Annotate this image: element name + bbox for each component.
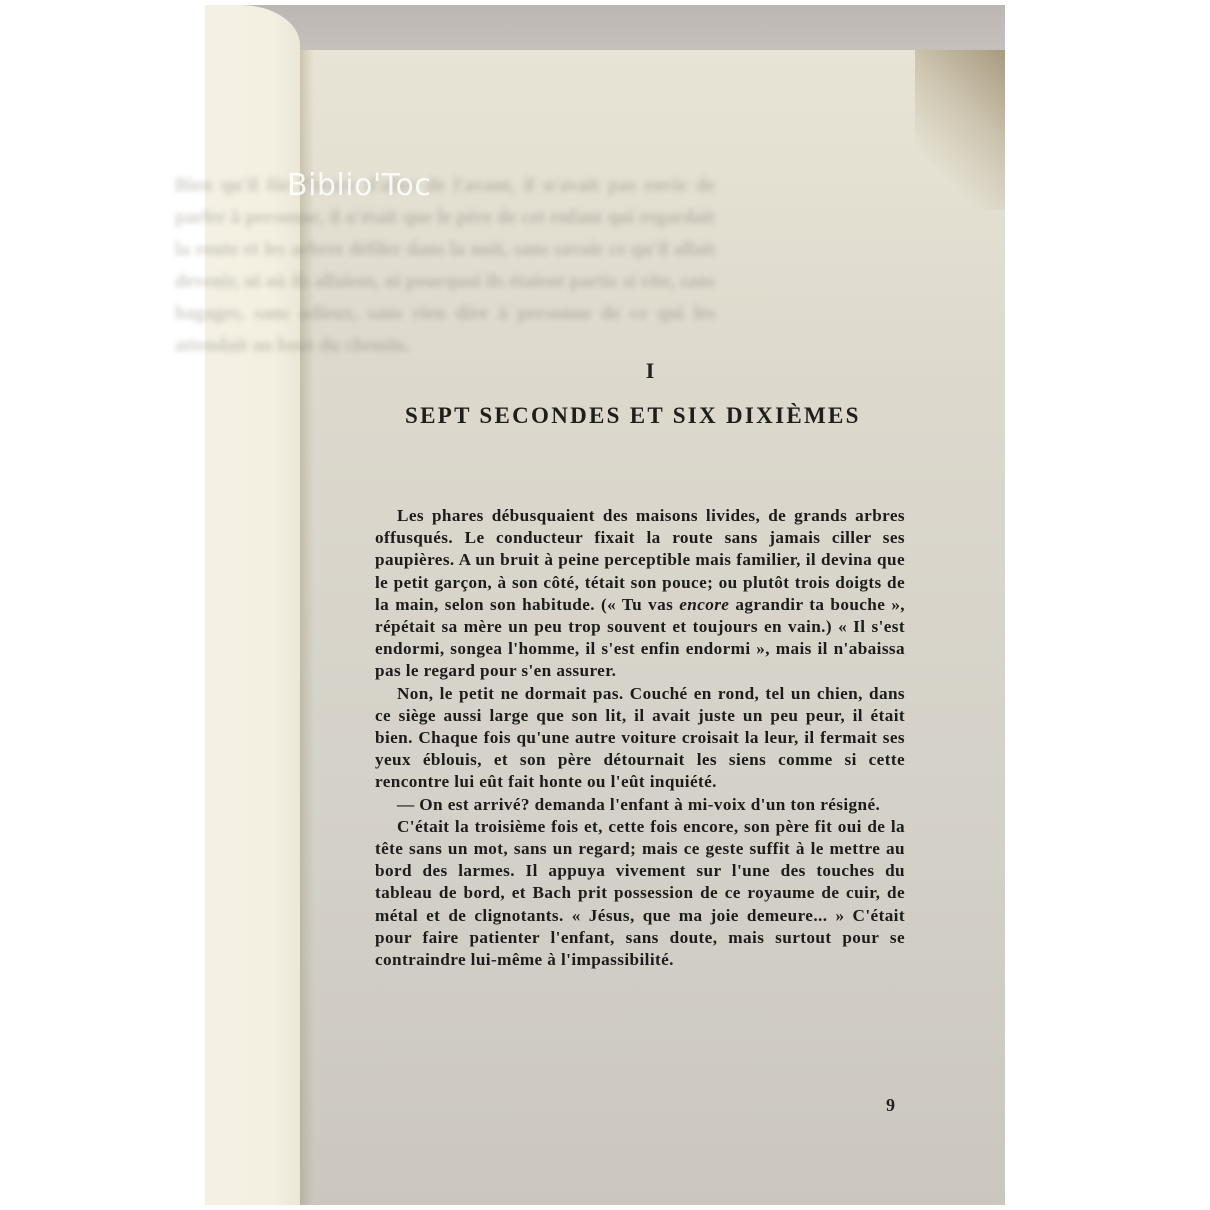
bleed-through-text: Bien qu'il fût l'heure d'aller de l'avan…: [175, 170, 715, 362]
paragraph: — On est arrivé? demanda l'enfant à mi-v…: [375, 794, 905, 816]
paragraph: Les phares débusquaient des maisons livi…: [375, 505, 905, 683]
chapter-number: I: [0, 358, 1210, 384]
watermark-logo: Biblio'Toc: [287, 168, 431, 203]
emphasis: encore: [679, 595, 729, 614]
page-number: 9: [886, 1095, 895, 1116]
chapter-body: Les phares débusquaient des maisons livi…: [375, 505, 905, 971]
chapter-title: SEPT SECONDES ET SIX DIXIÈMES: [405, 403, 861, 429]
paragraph: C'était la troisième fois et, cette fois…: [375, 816, 905, 971]
paragraph: Non, le petit ne dormait pas. Couché en …: [375, 683, 905, 794]
